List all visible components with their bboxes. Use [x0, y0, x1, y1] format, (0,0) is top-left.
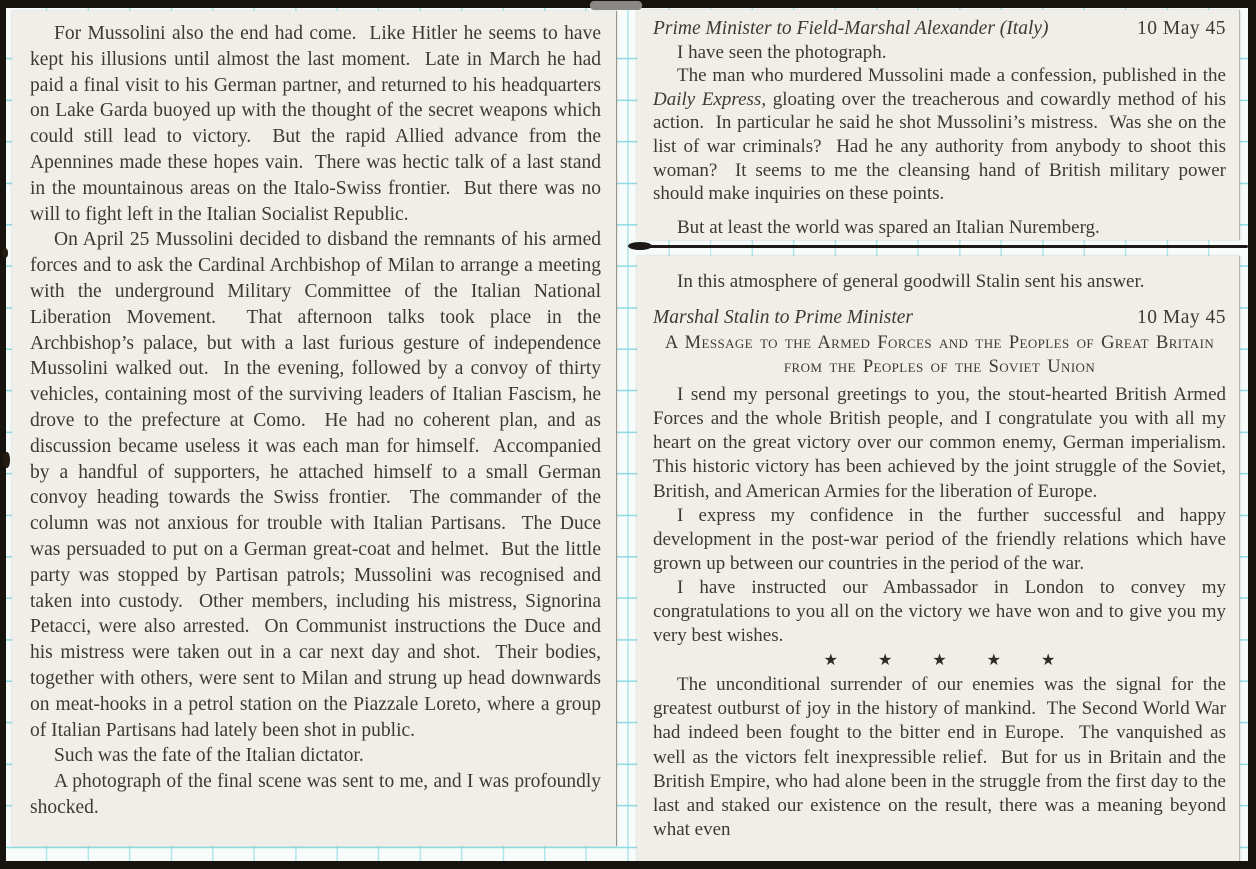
section-break-stars: ★ ★ ★ ★ ★ [653, 651, 1226, 671]
telegram1-heading-row: Prime Minister to Field-Marshal Alexande… [653, 17, 1226, 41]
telegram1-date: 10 May 45 [1125, 17, 1226, 41]
paragraph-text: The man who murdered Mussolini made a co… [677, 65, 1231, 86]
telegram2-heading: Marshal Stalin to Prime Minister [653, 306, 913, 330]
telegram2-clipping: In this atmosphere of general goodwill S… [637, 256, 1240, 862]
telegram1-paragraph: I have seen the photograph. [653, 41, 1226, 65]
telegram1-heading: Prime Minister to Field-Marshal Alexande… [653, 17, 1049, 41]
telegram2-paragraph: I have instructed our Ambassador in Lond… [653, 576, 1226, 648]
message-title-line1: A Message to the Armed Forces and the Pe… [653, 332, 1226, 356]
telegram2-date: 10 May 45 [1125, 306, 1226, 330]
scan-artifact [590, 1, 642, 10]
telegram1-paragraph: The man who murdered Mussolini made a co… [653, 64, 1226, 206]
ink-divider-line [629, 245, 1248, 248]
narrative-paragraph: For Mussolini also the end had come. Lik… [30, 21, 601, 227]
telegram2-heading-row: Marshal Stalin to Prime Minister 10 May … [653, 306, 1226, 330]
scanned-book-page: For Mussolini also the end had come. Lik… [0, 0, 1256, 869]
scan-border-bottom [0, 861, 1256, 869]
message-title: A Message to the Armed Forces and the Pe… [653, 332, 1226, 379]
interlude-sentence: In this atmosphere of general goodwill S… [653, 270, 1226, 294]
scan-border-left [0, 0, 6, 869]
narrative-paragraph: On April 25 Mussolini decided to disband… [30, 227, 601, 743]
narrative-paragraph: Such was the fate of the Italian dictato… [30, 743, 601, 769]
telegram2-paragraph: I express my confidence in the further s… [653, 504, 1226, 576]
closing-paragraph: The unconditional surrender of our enemi… [653, 673, 1226, 842]
scan-artifact [2, 248, 8, 258]
scan-border-right [1248, 0, 1256, 869]
left-column-clipping: For Mussolini also the end had come. Lik… [12, 11, 617, 846]
telegram1-paragraph: But at least the world was spared an Ita… [653, 216, 1226, 240]
publication-name: Daily Express [653, 89, 761, 110]
telegram1-clipping: Prime Minister to Field-Marshal Alexande… [637, 10, 1240, 240]
message-title-line2: from the Peoples of the Soviet Union [653, 356, 1226, 380]
telegram2-paragraph: I send my personal greetings to you, the… [653, 383, 1226, 503]
narrative-paragraph: A photograph of the final scene was sent… [30, 769, 601, 821]
scan-artifact [3, 452, 10, 468]
